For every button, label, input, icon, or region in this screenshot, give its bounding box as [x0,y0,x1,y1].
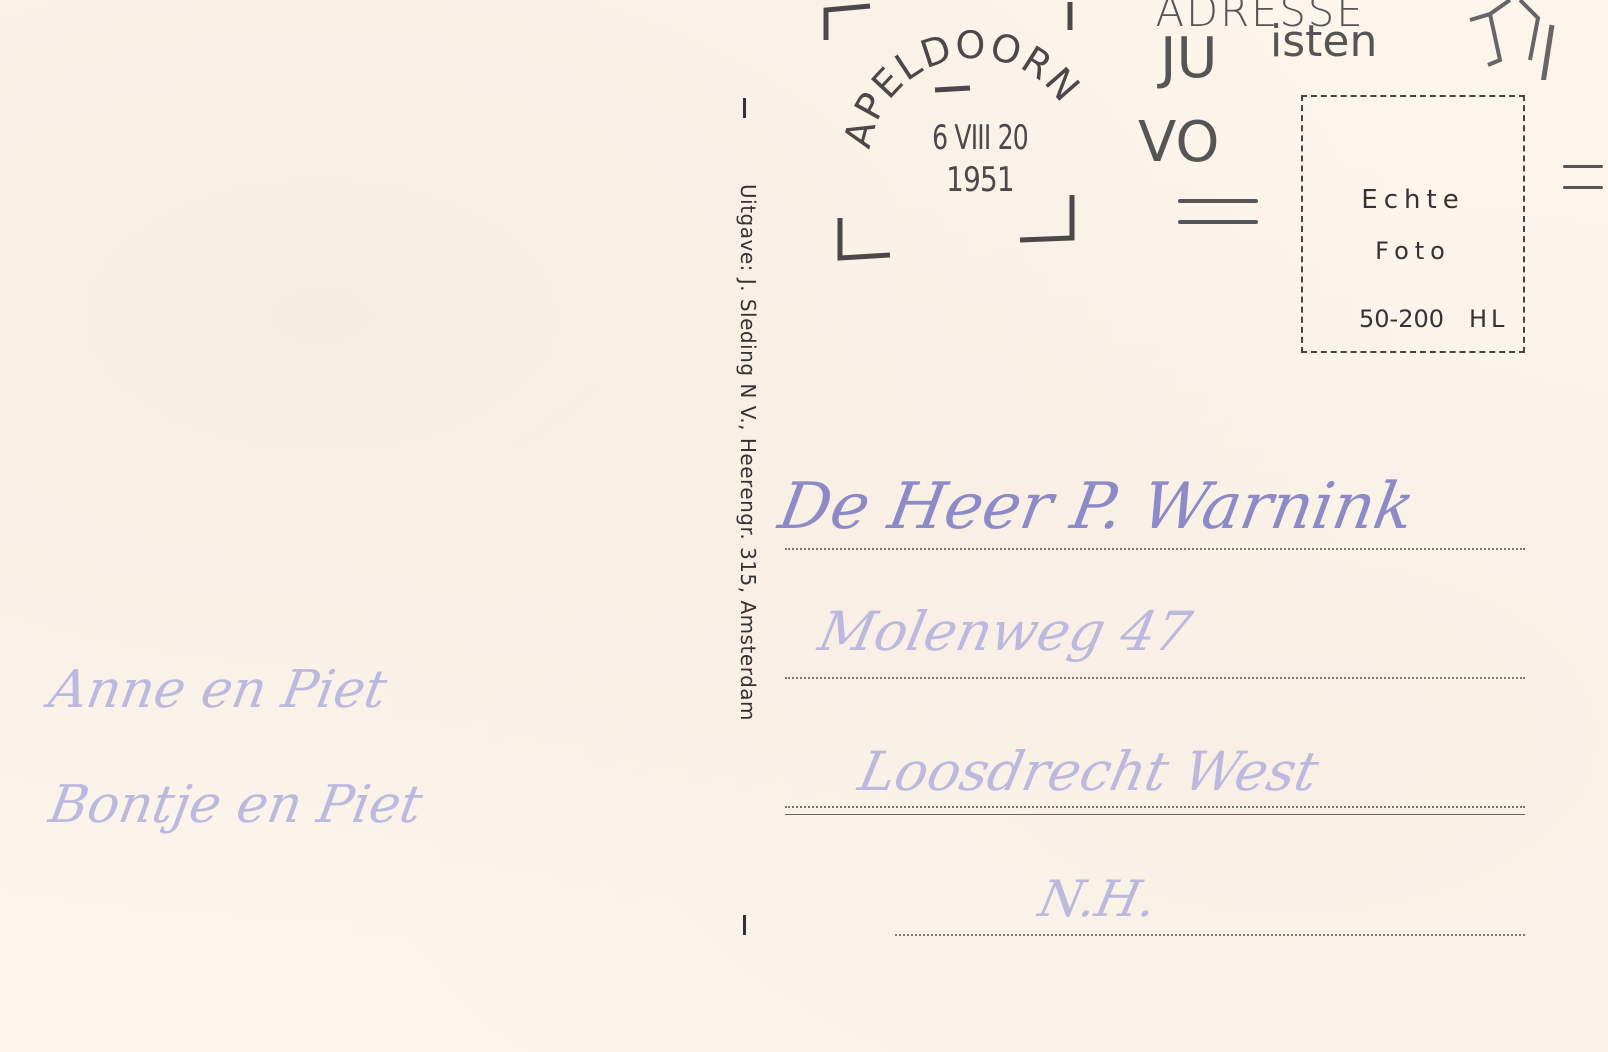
cancel-bar [1563,165,1603,168]
address-line-4 [895,934,1525,936]
cancel-line-3: VO [1138,110,1219,175]
address-line-3 [785,806,1525,808]
address-line-3-underline [785,814,1525,815]
stamp-box-echte: Echte [1303,185,1523,215]
stamp-box-code-suffix: HL [1469,305,1508,333]
cancel-line-2b: isten [1270,16,1377,67]
postcard-back: APELDOORN 6 VIII 20 1951 ADRESSE JU iste… [0,0,1608,1052]
divider-tick-top [743,98,746,118]
handwritten-message-line-1: Anne en Piet [45,660,392,720]
address-line-1 [785,548,1525,550]
stamp-box-code: 50-200 [1359,305,1444,333]
cancel-figure-icon [1460,0,1570,80]
handwritten-address-line-1: De Heer P. Warnink [773,470,1420,544]
cancel-underline [1178,220,1258,224]
cancel-bar [1563,186,1603,189]
divider-tick-bottom [743,915,746,935]
handwritten-address-line-2: Molenweg 47 [813,600,1197,663]
postmark-year: 1951 [914,160,1045,200]
stamp-box-foto: Foto [1303,237,1523,265]
postmark: APELDOORN 6 VIII 20 1951 [820,0,1100,270]
publisher-imprint: Uitgave: J. Sleding N V., Heerengr. 315,… [736,184,760,874]
handwritten-address-line-4: N.H. [1034,870,1162,928]
handwritten-address-line-3: Loosdrecht West [853,740,1324,803]
cancel-underline [1178,199,1258,203]
address-line-2 [785,677,1525,679]
stamp-box: Echte Foto 50-200 HL [1301,95,1525,353]
handwritten-message-line-2: Bontje en Piet [45,775,427,835]
postmark-date: 6 VIII 20 [914,118,1045,158]
cancel-line-2a: JU [1160,26,1218,91]
